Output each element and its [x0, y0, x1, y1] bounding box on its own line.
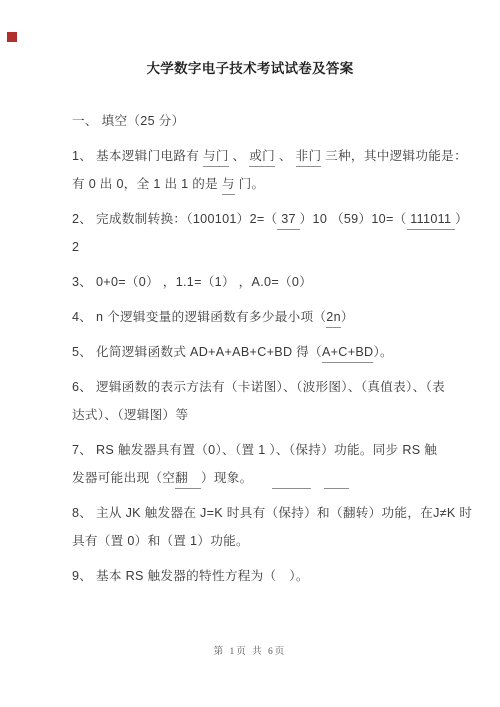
section-heading: 一、 填空（25 分）	[72, 107, 440, 135]
question: 7、 RS 触发器具有置（0）、（置 1 ）、（保持）功能。同步 RS 触发器可…	[72, 436, 440, 492]
answer-blank: 与门	[203, 149, 229, 167]
answer-blank: 与	[222, 177, 235, 195]
page-number-footer: 第 1页 共 6页	[0, 645, 500, 659]
question: 2、 完成数制转换：（100101）2=（ 37 ）10 （59）10=（ 11…	[72, 205, 440, 261]
question-text: 具有（置 0）和（置 1）功能。	[72, 534, 249, 548]
question-text	[311, 471, 324, 485]
document-page: 大学数字电子技术考试试卷及答案 一、 填空（25 分） 1、 基本逻辑门电路有 …	[0, 0, 500, 707]
question-text: 3、 0+0=（0） ，1.1=（1） ，A.0=（0）	[72, 275, 312, 289]
answer-blank: 翻	[175, 471, 201, 489]
question-text: 9、 基本 RS 触发器的特性方程为（ ）。	[72, 569, 309, 583]
question-line: 具有（置 0）和（置 1）功能。	[72, 527, 440, 555]
answer-blank: 111011	[407, 212, 456, 230]
question-line: 有 0 出 0，全 1 出 1 的是 与 门。	[72, 170, 440, 198]
question-text: 8、 主从 JK 触发器在 J=K 时具有（保持）和（翻转）功能，在J≠K 时	[72, 506, 472, 520]
question-line: 2、 完成数制转换：（100101）2=（ 37 ）10 （59）10=（ 11…	[72, 205, 440, 233]
question: 3、 0+0=（0） ，1.1=（1） ，A.0=（0）	[72, 268, 440, 296]
question: 8、 主从 JK 触发器在 J=K 时具有（保持）和（翻转）功能，在J≠K 时具…	[72, 499, 440, 555]
answer-blank: 非门	[296, 149, 322, 167]
question: 4、 n 个逻辑变量的逻辑函数有多少最小项（2n）	[72, 303, 440, 331]
question-text: ）	[455, 212, 468, 226]
question-text	[246, 471, 272, 485]
answer-blank: 37	[277, 212, 299, 230]
question-line: 9、 基本 RS 触发器的特性方程为（ ）。	[72, 562, 440, 590]
question-line: 达式）、（逻辑图）等	[72, 401, 440, 429]
question-line: 2	[72, 233, 440, 261]
question: 9、 基本 RS 触发器的特性方程为（ ）。	[72, 562, 440, 590]
question-line: 发器可能出现（空翻 ）现象。	[72, 464, 440, 492]
question-text: ）现象。	[201, 471, 246, 485]
answer-blank	[272, 471, 311, 489]
question-text: 三种，其中逻辑功能是：	[321, 149, 467, 163]
question: 5、 化简逻辑函数式 AD+A+AB+C+BD 得（A+C+BD）。	[72, 338, 440, 366]
question-text: ）。	[373, 345, 393, 359]
question-text: 4、 n 个逻辑变量的逻辑函数有多少最小项（	[72, 310, 326, 324]
question-line: 7、 RS 触发器具有置（0）、（置 1 ）、（保持）功能。同步 RS 触	[72, 436, 440, 464]
question-line: 8、 主从 JK 触发器在 J=K 时具有（保持）和（翻转）功能，在J≠K 时	[72, 499, 440, 527]
answer-blank: 2n	[326, 310, 341, 328]
question-list: 1、 基本逻辑门电路有 与门 、 或门 、 非门 三种，其中逻辑功能是：有 0 …	[72, 142, 440, 590]
question-text: 、	[229, 149, 250, 163]
answer-blank: 或门	[249, 149, 275, 167]
question-line: 3、 0+0=（0） ，1.1=（1） ，A.0=（0）	[72, 268, 440, 296]
question: 6、 逻辑函数的表示方法有（卡诺图）、（波形图）、（真值表）、（表达式）、（逻辑…	[72, 373, 440, 429]
question-text: 达式）、（逻辑图）等	[72, 408, 188, 422]
question-line: 4、 n 个逻辑变量的逻辑函数有多少最小项（2n）	[72, 303, 440, 331]
question-line: 1、 基本逻辑门电路有 与门 、 或门 、 非门 三种，其中逻辑功能是：	[72, 142, 440, 170]
question-text: 2	[72, 240, 79, 254]
answer-blank: A+C+BD	[322, 345, 374, 363]
question: 1、 基本逻辑门电路有 与门 、 或门 、 非门 三种，其中逻辑功能是：有 0 …	[72, 142, 440, 198]
question-text: 、	[275, 149, 296, 163]
question-line: 5、 化简逻辑函数式 AD+A+AB+C+BD 得（A+C+BD）。	[72, 338, 440, 366]
question-text: 5、 化简逻辑函数式 AD+A+AB+C+BD 得（	[72, 345, 322, 359]
answer-blank	[324, 471, 350, 489]
question-text: 有 0 出 0，全 1 出 1 的是	[72, 177, 222, 191]
question-text: 发器可能出现（空	[72, 471, 175, 485]
document-body: 一、 填空（25 分） 1、 基本逻辑门电路有 与门 、 或门 、 非门 三种，…	[0, 107, 500, 590]
question-text: 1、 基本逻辑门电路有	[72, 149, 203, 163]
question-text: 2、 完成数制转换：（100101）2=（	[72, 212, 277, 226]
question-text: 6、 逻辑函数的表示方法有（卡诺图）、（波形图）、（真值表）、（表	[72, 380, 445, 394]
question-text: ）	[341, 310, 354, 324]
document-title: 大学数字电子技术考试试卷及答案	[0, 0, 500, 81]
question-line: 6、 逻辑函数的表示方法有（卡诺图）、（波形图）、（真值表）、（表	[72, 373, 440, 401]
red-square-mark	[7, 32, 17, 42]
question-text: 门。	[235, 177, 265, 191]
question-text: 7、 RS 触发器具有置（0）、（置 1 ）、（保持）功能。同步 RS 触	[72, 443, 437, 457]
question-text: ）10 （59）10=（	[300, 212, 407, 226]
